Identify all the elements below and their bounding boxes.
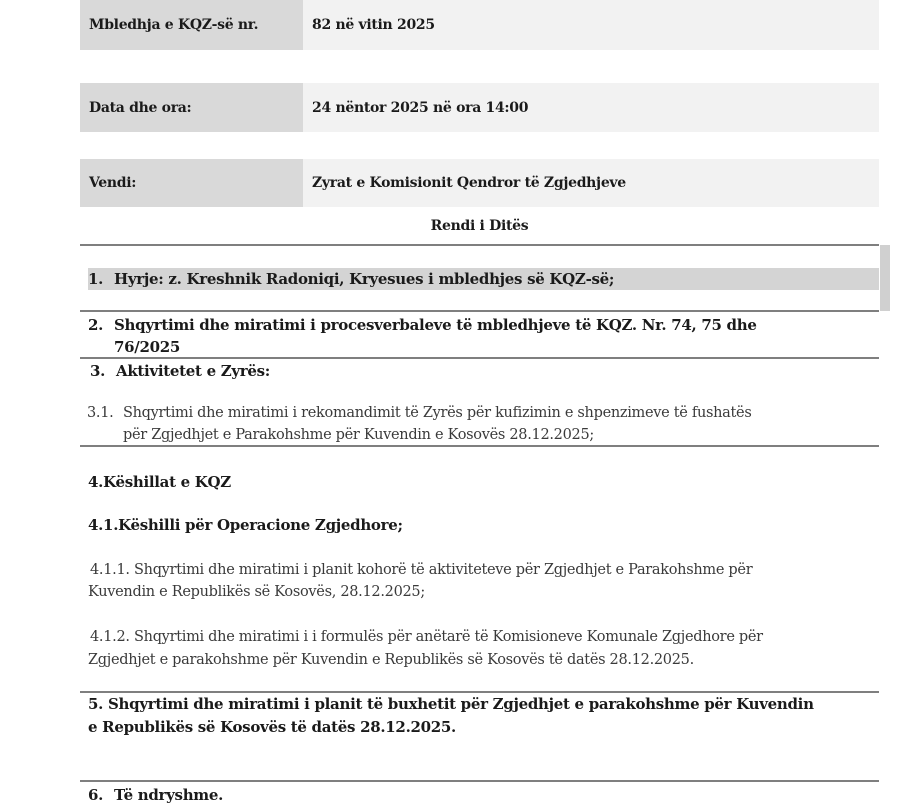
agenda-item-text-cont: e Republikës së Kosovës të datës 28.12.2… — [88, 718, 456, 736]
agenda-item-text-cont: Kuvendin e Republikës së Kosovës, 28.12.… — [88, 584, 425, 600]
agenda-item-text: Këshillat e KQZ — [103, 473, 231, 491]
meeting-number-label: Mbledhja e KQZ-së nr. — [80, 0, 303, 50]
agenda-item-4-1-1: 4.1.1. Shqyrtimi dhe miratimi i planit k… — [90, 559, 752, 581]
venue-row: Vendi: Zyrat e Komisionit Qendror të Zgj… — [80, 159, 879, 207]
agenda-item-6: 6.Të ndryshme. — [88, 784, 223, 806]
agenda-item-number: 4. — [88, 473, 103, 491]
venue-label: Vendi: — [80, 159, 303, 207]
agenda-item-number: 5. — [88, 695, 103, 713]
agenda-item-4-1-2: 4.1.2. Shqyrtimi dhe miratimi i i formul… — [90, 626, 763, 648]
agenda-item-text: Shqyrtimi dhe miratimi i procesverbaleve… — [114, 316, 757, 334]
selection-marker — [880, 245, 890, 311]
agenda-item-4-1-1-cont: Kuvendin e Republikës së Kosovës, 28.12.… — [88, 581, 425, 603]
agenda-item-text: Aktivitetet e Zyrës: — [116, 362, 270, 380]
agenda-item-5-cont: e Republikës së Kosovës të datës 28.12.2… — [88, 716, 456, 738]
agenda-item-number: 4.1. — [88, 516, 118, 534]
venue-value: Zyrat e Komisionit Qendror të Zgjedhjeve — [303, 159, 879, 207]
agenda-item-text: Shqyrtimi dhe miratimi i planit të buxhe… — [108, 695, 814, 713]
agenda-item-text: Shqyrtimi dhe miratimi i i formulës për … — [134, 629, 763, 645]
agenda-item-3: 3.Aktivitetet e Zyrës: — [90, 360, 270, 382]
divider — [80, 445, 879, 447]
agenda-item-number: 3.1. — [87, 402, 123, 424]
divider — [80, 780, 879, 782]
agenda-item-text: Shqyrtimi dhe miratimi i rekomandimit të… — [123, 405, 751, 421]
agenda-item-text: Të ndryshme. — [114, 786, 223, 804]
agenda-item-1: 1.Hyrje: z. Kreshnik Radoniqi, Kryesues … — [88, 268, 879, 290]
agenda-item-number: 1. — [88, 268, 114, 290]
agenda-item-number: 2. — [88, 314, 114, 336]
agenda-item-text: Shqyrtimi dhe miratimi i planit kohorë t… — [134, 562, 752, 578]
agenda-item-2: 2.Shqyrtimi dhe miratimi i procesverbale… — [88, 314, 757, 358]
agenda-item-4-1: 4.1.Këshilli për Operacione Zgjedhore; — [88, 514, 403, 536]
date-time-row: Data dhe ora: 24 nëntor 2025 në ora 14:0… — [80, 83, 879, 132]
agenda-item-number: 6. — [88, 784, 114, 806]
agenda-item-4-1-2-cont: Zgjedhjet e parakohshme për Kuvendin e R… — [88, 649, 694, 671]
divider — [80, 357, 879, 359]
agenda-item-4: 4.Këshillat e KQZ — [88, 471, 231, 493]
divider — [80, 310, 879, 312]
agenda-item-number: 3. — [90, 360, 116, 382]
agenda-item-5: 5. Shqyrtimi dhe miratimi i planit të bu… — [88, 693, 814, 715]
agenda-item-text-cont: për Zgjedhjet e Parakohshme për Kuvendin… — [123, 427, 594, 443]
agenda-item-text-cont: Zgjedhjet e parakohshme për Kuvendin e R… — [88, 652, 694, 668]
date-time-label: Data dhe ora: — [80, 83, 303, 132]
agenda-item-text-cont: 76/2025 — [114, 338, 180, 356]
meeting-number-value: 82 në vitin 2025 — [303, 0, 879, 50]
agenda-item-number: 4.1.1. — [90, 562, 130, 578]
divider — [80, 244, 879, 246]
agenda-item-text: Këshilli për Operacione Zgjedhore; — [118, 516, 403, 534]
agenda-item-text: Hyrje: z. Kreshnik Radoniqi, Kryesues i … — [114, 270, 614, 288]
date-time-value: 24 nëntor 2025 në ora 14:00 — [303, 83, 879, 132]
agenda-title: Rendi i Ditës — [80, 218, 879, 234]
agenda-item-3-1: 3.1.Shqyrtimi dhe miratimi i rekomandimi… — [87, 402, 751, 446]
meeting-number-row: Mbledhja e KQZ-së nr. 82 në vitin 2025 — [80, 0, 879, 50]
agenda-item-number: 4.1.2. — [90, 629, 130, 645]
